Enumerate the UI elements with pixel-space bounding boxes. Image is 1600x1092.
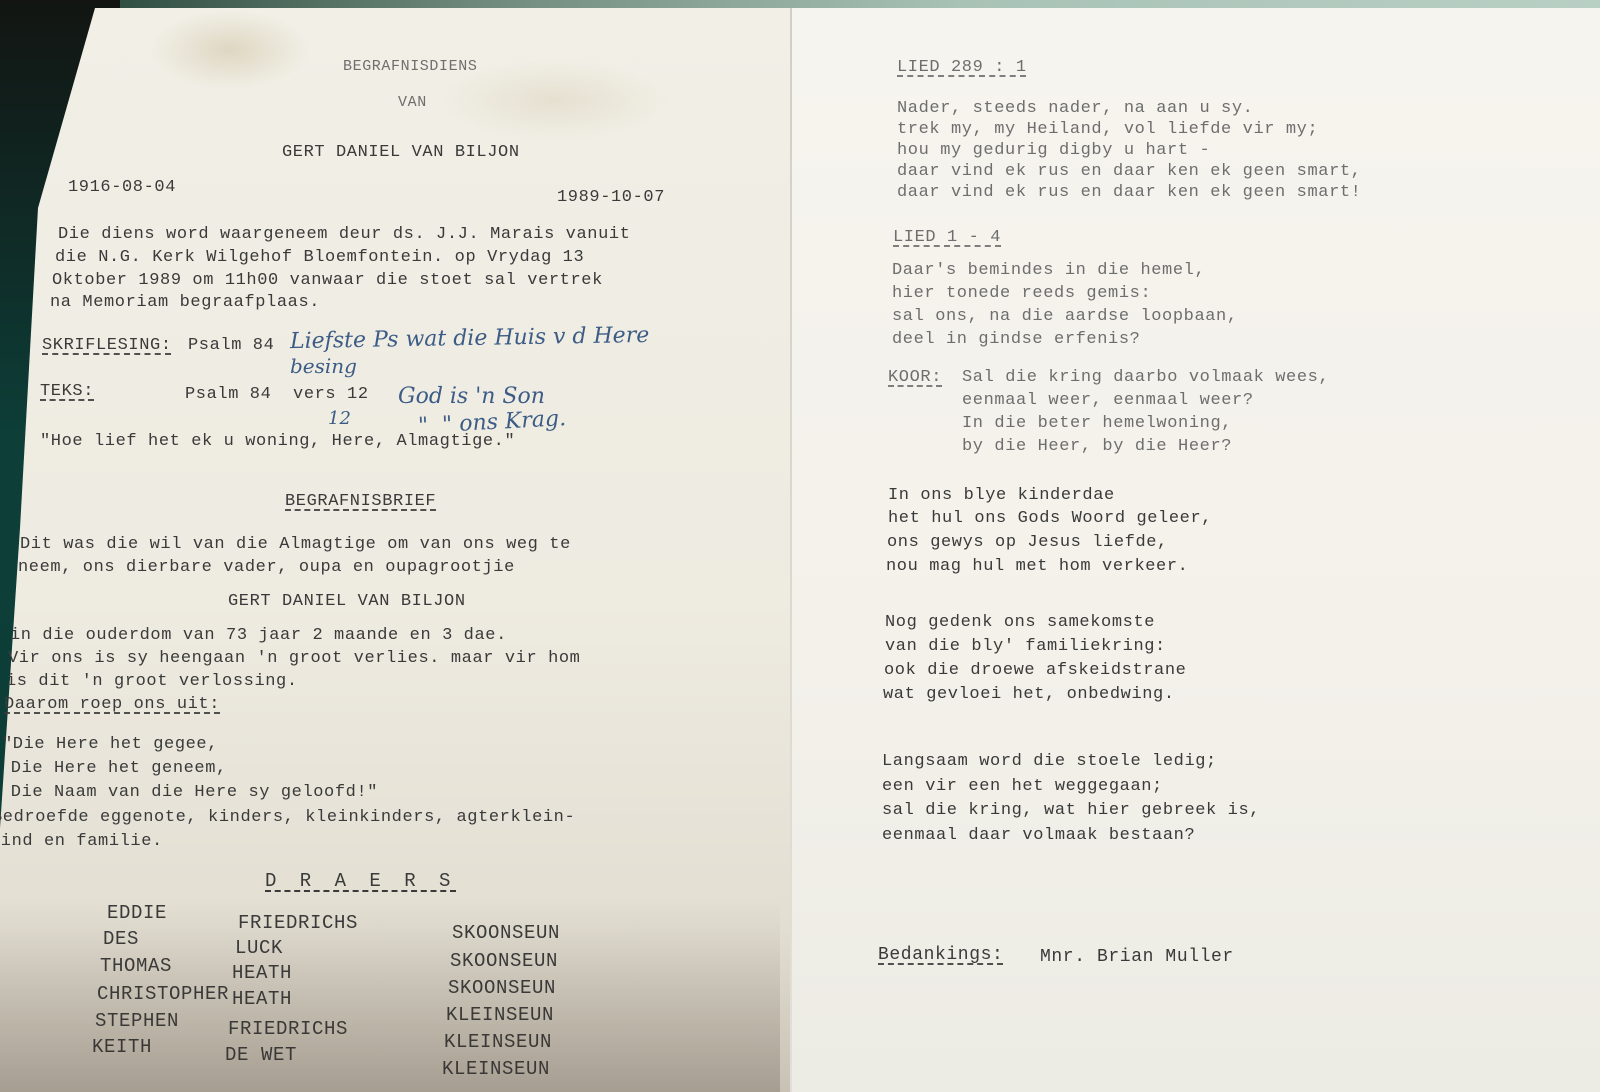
letter-name: GERT DANIEL VAN BILJON bbox=[228, 592, 466, 611]
lyric-line: daar vind ek rus en daar ken ek geen sma… bbox=[897, 162, 1361, 181]
bearer-first-name: STEPHEN bbox=[95, 1010, 179, 1032]
quote-line: "Die Here het gegee, bbox=[2, 735, 218, 754]
thanks-value: Mnr. Brian Muller bbox=[1040, 947, 1234, 967]
teks-quote: "Hoe lief het ek u woning, Here, Almagti… bbox=[40, 432, 515, 451]
service-info-line: die N.G. Kerk Wilgehof Bloemfontein. op … bbox=[55, 248, 584, 267]
handwritten-note: besing bbox=[290, 354, 357, 378]
lyric-line: daar vind ek rus en daar ken ek geen sma… bbox=[897, 183, 1361, 202]
teks-value: Psalm 84 vers 12 bbox=[185, 385, 369, 404]
thanks-label: Bedankings: bbox=[878, 945, 1003, 965]
lyric-line: trek my, my Heiland, vol liefde vir my; bbox=[897, 120, 1318, 139]
page-fold bbox=[790, 8, 792, 1092]
lyric-line: sal ons, na die aardse loopbaan, bbox=[892, 307, 1238, 326]
quote-line: Die Naam van die Here sy geloofd!" bbox=[0, 783, 378, 802]
mourners-line: kind en familie. bbox=[0, 832, 163, 851]
bearer-relation: SKOONSEUN bbox=[452, 922, 560, 944]
lyric-line: sal die kring, wat hier gebreek is, bbox=[882, 801, 1260, 820]
bearer-relation: KLEINSEUN bbox=[446, 1004, 554, 1026]
service-info-line: na Memoriam begraafplaas. bbox=[50, 293, 320, 312]
letter-intro-line: Dit was die wil van die Almagtige om van… bbox=[20, 535, 571, 554]
bearer-relation: KLEINSEUN bbox=[442, 1058, 550, 1080]
bearer-first-name: THOMAS bbox=[100, 955, 172, 977]
hymn1-heading: LIED 289 : 1 bbox=[897, 58, 1027, 77]
lyric-line: In die beter hemelwoning, bbox=[962, 414, 1232, 433]
bearers-heading: D R A E R S bbox=[265, 870, 456, 892]
mourners-line: Bedroefde eggenote, kinders, kleinkinder… bbox=[0, 808, 575, 827]
bearer-last-name: DE WET bbox=[225, 1044, 297, 1066]
bearer-first-name: DES bbox=[103, 928, 139, 950]
letter-heading: BEGRAFNISBRIEF bbox=[285, 492, 436, 511]
lyric-line: het hul ons Gods Woord geleer, bbox=[888, 509, 1212, 528]
skriflesing-label: SKRIFLESING: bbox=[42, 336, 172, 355]
bearer-first-name: EDDIE bbox=[107, 902, 167, 924]
lyric-line: eenmaal daar volmaak bestaan? bbox=[882, 826, 1195, 845]
death-date: 1989-10-07 bbox=[557, 188, 665, 207]
lyric-line: van die bly' familiekring: bbox=[885, 637, 1166, 656]
letter-intro-line: neem, ons dierbare vader, oupa en oupagr… bbox=[18, 558, 515, 577]
lyric-line: eenmaal weer, eenmaal weer? bbox=[962, 391, 1254, 410]
service-info-line: Die diens word waargeneem deur ds. J.J. … bbox=[58, 225, 631, 244]
handwritten-note: 12 bbox=[328, 408, 351, 429]
lyric-line: by die Heer, by die Heer? bbox=[962, 437, 1232, 456]
lyric-line: wat gevloei het, onbedwing. bbox=[883, 685, 1175, 704]
handwritten-note: God is 'n Son bbox=[398, 384, 545, 409]
lyric-line: Langsaam word die stoele ledig; bbox=[882, 752, 1217, 771]
lyric-line: Sal die kring daarbo volmaak wees, bbox=[962, 368, 1329, 387]
hymn2-heading: LIED 1 - 4 bbox=[893, 228, 1001, 247]
letter-body-line: in die ouderdom van 73 jaar 2 maande en … bbox=[10, 626, 507, 645]
teks-label: TEKS: bbox=[40, 382, 94, 401]
lyric-line: Daar's bemindes in die hemel, bbox=[892, 261, 1205, 280]
paper-stain bbox=[150, 10, 310, 90]
skriflesing-value: Psalm 84 bbox=[188, 336, 274, 355]
bearer-last-name: FRIEDRICHS bbox=[228, 1018, 348, 1040]
lyric-line: Nog gedenk ons samekomste bbox=[885, 613, 1155, 632]
lyric-line: deel in gindse erfenis? bbox=[892, 330, 1140, 349]
bearer-last-name: HEATH bbox=[232, 962, 292, 984]
bearer-relation: SKOONSEUN bbox=[448, 977, 556, 999]
bearer-first-name: CHRISTOPHER bbox=[97, 983, 229, 1005]
lyric-line: Nader, steeds nader, na aan u sy. bbox=[897, 99, 1253, 118]
birth-date: 1916-08-04 bbox=[68, 178, 176, 197]
bearer-relation: SKOONSEUN bbox=[450, 950, 558, 972]
deceased-name: GERT DANIEL VAN BILJON bbox=[282, 143, 520, 162]
bearer-first-name: KEITH bbox=[92, 1036, 152, 1058]
service-info-line: Oktober 1989 om 11h00 vanwaar die stoet … bbox=[52, 271, 603, 290]
letter-body-line: is dit 'n groot verlossing. bbox=[6, 672, 298, 691]
bearer-last-name: HEATH bbox=[232, 988, 292, 1010]
call-out: Daarom roep ons uit: bbox=[4, 695, 220, 714]
bearer-last-name: FRIEDRICHS bbox=[238, 912, 358, 934]
chorus-label: KOOR: bbox=[888, 368, 942, 387]
bearer-last-name: LUCK bbox=[235, 937, 283, 959]
lyric-line: hou my gedurig digby u hart - bbox=[897, 141, 1210, 160]
lyric-line: ons gewys op Jesus liefde, bbox=[887, 533, 1168, 552]
lyric-line: In ons blye kinderdae bbox=[888, 486, 1115, 505]
lyric-line: een vir een het weggegaan; bbox=[882, 777, 1163, 796]
letter-body-line: Vir ons is sy heengaan 'n groot verlies.… bbox=[8, 649, 581, 668]
document-title: BEGRAFNISDIENS bbox=[343, 58, 477, 75]
lyric-line: nou mag hul met hom verkeer. bbox=[886, 557, 1188, 576]
title-van: VAN bbox=[398, 94, 427, 111]
bearer-relation: KLEINSEUN bbox=[444, 1031, 552, 1053]
quote-line: Die Here het geneem, bbox=[0, 759, 227, 778]
lyric-line: ook die droewe afskeidstrane bbox=[884, 661, 1186, 680]
lyric-line: hier tonede reeds gemis: bbox=[892, 284, 1151, 303]
